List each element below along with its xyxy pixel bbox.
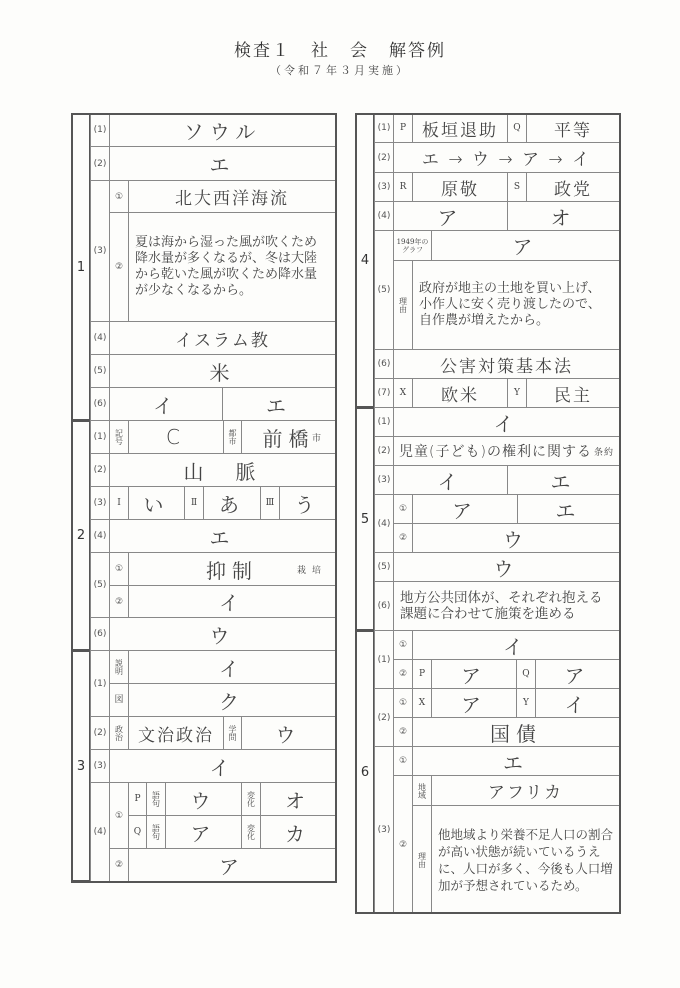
title-part: 会	[350, 41, 369, 61]
title-part: 解答例	[389, 41, 446, 61]
right-table-frame	[355, 113, 621, 914]
left-table-frame	[71, 113, 337, 883]
page-title: 検査１社会解答例	[0, 36, 680, 61]
title-part: 検査１	[234, 41, 291, 61]
page-subtitle: （令和７年３月実施）	[0, 62, 680, 78]
title-part: 社	[311, 41, 330, 61]
